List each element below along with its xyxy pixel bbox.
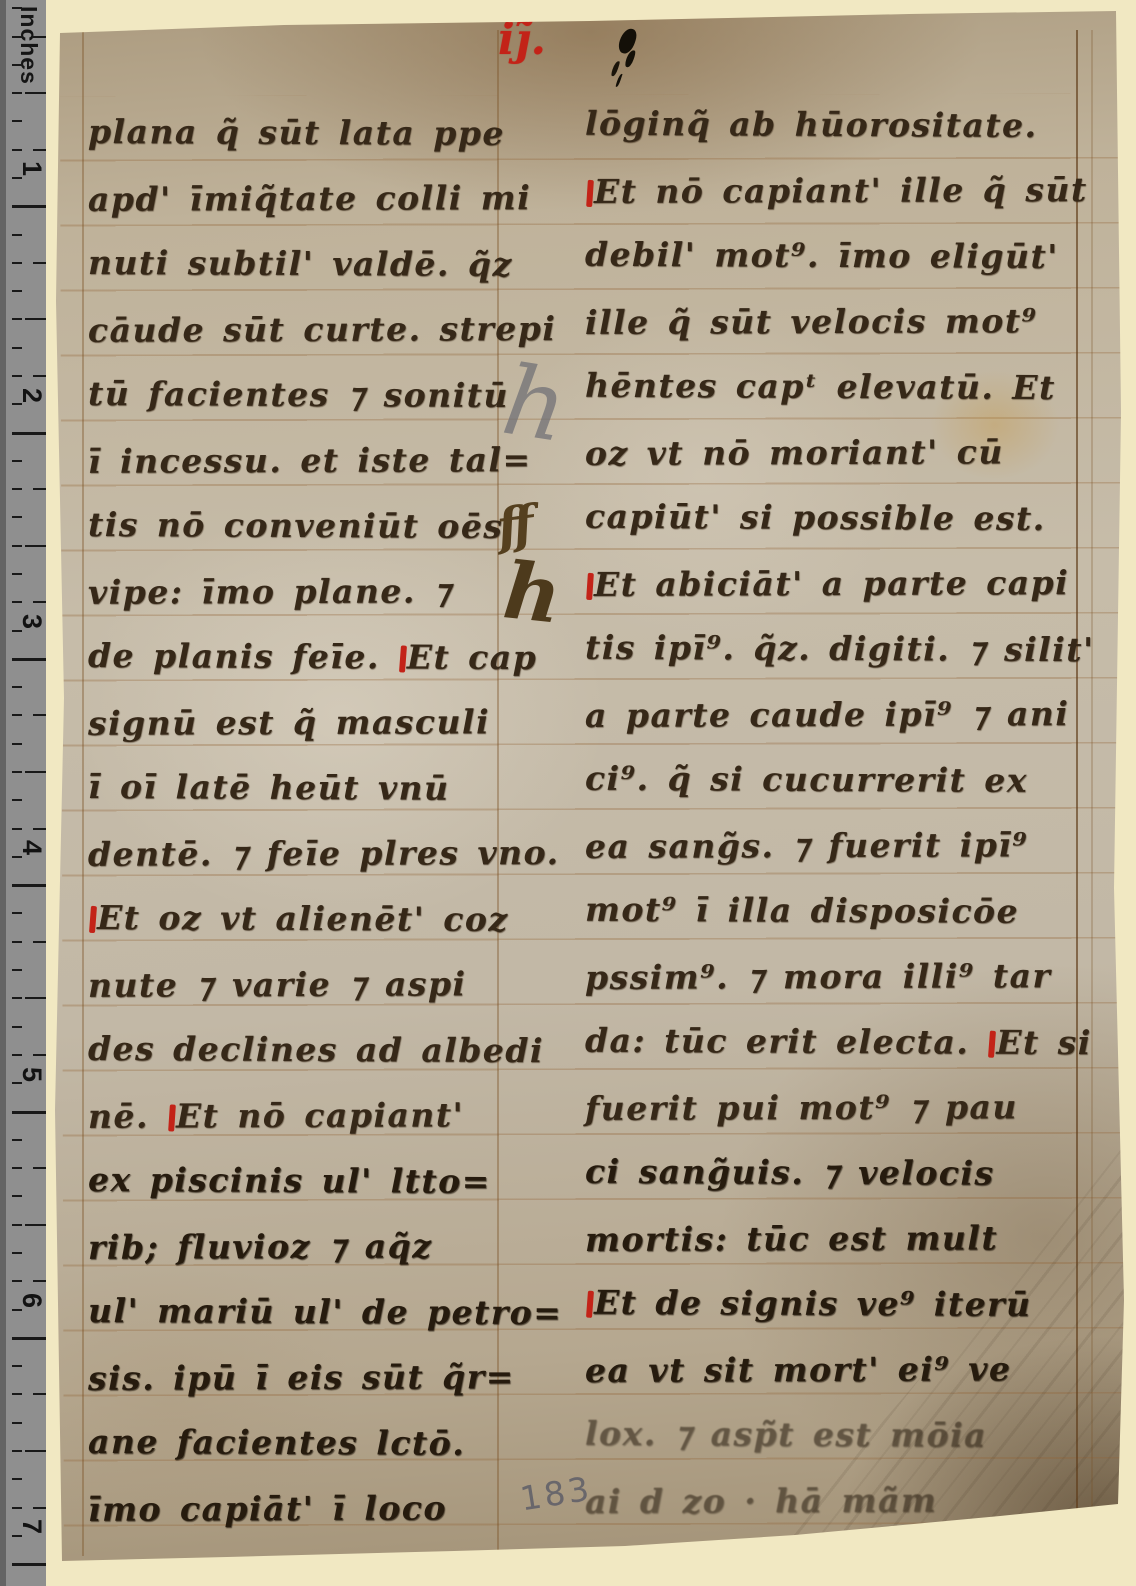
ruler-tick	[12, 1507, 22, 1509]
text-line: tū facientes ⁊ sonitū	[88, 361, 518, 429]
ruler-tick	[12, 205, 46, 208]
ruler-tick	[12, 601, 22, 603]
ruler-tick	[12, 432, 46, 435]
ruler-tick	[25, 997, 46, 999]
ruler-tick	[33, 1393, 46, 1395]
ruler-tick	[12, 347, 22, 349]
ruler-tick	[12, 941, 22, 943]
text-line: vipe: īmo plane. ⁊	[88, 558, 518, 625]
text-line: nuti subtil' valdē. q̃z	[88, 230, 518, 298]
ruler-tick	[33, 149, 46, 151]
ruler: Inches 1234567	[0, 0, 46, 1586]
ruler-tick	[12, 7, 22, 9]
ruler-tick	[12, 36, 22, 38]
ruler-tick	[12, 234, 22, 236]
rubric-mark	[89, 906, 97, 933]
ruler-tick	[12, 828, 22, 830]
text-line: capiūt' si possible est.	[585, 484, 1100, 552]
rubric-mark	[586, 1291, 594, 1318]
text-line: ea vt sit mort' ei⁹ ve	[585, 1336, 1100, 1403]
ruler-tick	[33, 1054, 46, 1056]
ruler-tick	[12, 884, 46, 887]
ruler-tick	[12, 1365, 22, 1367]
manuscript-page: ij̃. plana q̃ sūt lata ppeapd' īmiq̃tate…	[0, 0, 1136, 1586]
ruler-tick	[12, 1224, 22, 1226]
ruler-tick	[12, 1082, 22, 1084]
ruler-tick	[12, 488, 22, 490]
ruler-tick	[12, 1054, 22, 1056]
ruler-tick	[33, 375, 46, 377]
ruler-number: 4	[16, 840, 47, 855]
text-column-2: lōginq̃ ab hūorositate.Et nō capiant' il…	[585, 92, 1100, 1533]
ruler-tick	[12, 1309, 22, 1311]
ruler-tick	[12, 290, 22, 292]
ruler-tick	[33, 1167, 46, 1169]
ruler-tick	[12, 64, 22, 66]
ruler-tick	[33, 714, 46, 716]
ruler-tick	[12, 262, 22, 264]
ruler-tick	[33, 1280, 46, 1282]
ruler-tick	[12, 856, 22, 858]
ruler-number: 6	[16, 1293, 47, 1308]
ruler-tick	[33, 36, 46, 38]
ruler-tick	[12, 714, 22, 716]
ruler-tick	[12, 799, 22, 801]
ruler-tick	[12, 1535, 22, 1537]
text-line: da: tūc erit electa. Et si	[585, 1008, 1100, 1076]
ruler-tick	[25, 1450, 46, 1452]
margin-mark-h: h	[499, 545, 565, 641]
ruler-tick	[12, 1450, 22, 1452]
ruler-tick	[12, 1337, 46, 1340]
text-line: apd' īmiq̃tate colli mi	[88, 165, 518, 232]
text-line: dentē. ⁊ feīe plres vno.	[88, 820, 518, 887]
text-line: ci⁹. q̃ si cucurrerit ex	[585, 746, 1100, 814]
text-line: pssim⁹. ⁊ mora illi⁹ tar	[585, 943, 1100, 1010]
text-line: lox. ⁊ asp̃t est mōia	[585, 1401, 1100, 1469]
text-line: ī oī latē heūt vnū	[88, 754, 518, 822]
ruler-tick	[33, 1507, 46, 1509]
ruler-tick	[12, 403, 22, 405]
ruler-tick	[12, 573, 22, 575]
ruler-tick	[12, 686, 22, 688]
ruler-tick	[33, 941, 46, 943]
ruler-tick	[12, 1252, 22, 1254]
text-line: debil' mot⁹. īmo eligūt'	[585, 222, 1100, 290]
ruler-tick	[25, 1224, 46, 1226]
ruler-tick	[25, 92, 46, 94]
text-line: ille q̃ sūt velocis mot⁹	[585, 288, 1100, 355]
ruler-tick	[12, 771, 22, 773]
ruler-number: 5	[16, 1067, 47, 1082]
ruler-tick	[12, 516, 22, 518]
text-line: ea sang̃s. ⁊ fuerit ipī⁹	[585, 812, 1100, 879]
rubric-mark	[399, 645, 407, 672]
text-line: ci sang̃uis. ⁊ velocis	[585, 1139, 1100, 1207]
ruler-tick	[12, 545, 22, 547]
ruler-tick	[33, 488, 46, 490]
text-line: ane facientes lctō.	[88, 1409, 518, 1477]
text-line: rib; fluvioz ⁊ aq̃z	[88, 1213, 518, 1280]
ruling-vertical-line	[82, 30, 84, 1556]
ruler-number: 2	[16, 388, 47, 403]
ruler-tick	[12, 997, 22, 999]
text-line: cāude sūt curte. strepi	[88, 296, 518, 363]
text-line: signū est q̃ masculi	[88, 689, 518, 756]
ink-blot	[616, 26, 638, 55]
text-line: plana q̃ sūt lata ppe	[88, 99, 518, 167]
ruler-tick	[12, 912, 22, 914]
ruler-tick	[12, 1563, 46, 1566]
ruler-tick	[33, 262, 46, 264]
text-line: Et de signis ve⁹ iterū	[585, 1270, 1100, 1338]
text-line: Et abiciāt' a parte capi	[585, 550, 1100, 617]
text-line: hēntes capᵗ elevatū. Et	[585, 353, 1100, 421]
ruler-tick	[25, 545, 46, 547]
ruler-tick	[33, 828, 46, 830]
ruler-tick	[12, 658, 46, 661]
ruler-tick	[12, 120, 22, 122]
text-line: nute ⁊ varie ⁊ aspi	[88, 951, 518, 1018]
ruler-tick	[12, 149, 22, 151]
rubric-mark	[168, 1104, 176, 1131]
text-line: Et nō capiant' ille q̃ sūt	[585, 157, 1100, 224]
text-line: ul' mariū ul' de petro=	[88, 1278, 518, 1346]
ruler-number: 7	[16, 1519, 47, 1534]
ruler-tick	[12, 1167, 22, 1169]
quire-number-red: ij̃.	[498, 14, 546, 65]
text-line: mortis: tūc est mult	[585, 1205, 1100, 1272]
text-line: des declines ad albedi	[88, 1016, 518, 1084]
text-line: mot⁹ ī illa disposicōe	[585, 877, 1100, 945]
text-column-1: plana q̃ sūt lata ppeapd' īmiq̃tate coll…	[88, 100, 518, 1541]
text-line: fuerit pui mot⁹ ⁊ pau	[585, 1074, 1100, 1141]
ruler-tick	[25, 318, 46, 320]
rubric-mark	[586, 179, 594, 206]
text-line: oz vt nō moriant' cū	[585, 419, 1100, 486]
ruler-label: Inches	[15, 6, 42, 85]
ruler-tick	[12, 1478, 22, 1480]
rubric-mark	[586, 572, 594, 599]
ruler-number: 3	[16, 614, 47, 629]
ruler-tick	[12, 1026, 22, 1028]
ruler-tick	[12, 630, 22, 632]
ruler-tick	[12, 177, 22, 179]
text-line: ī incessu. et iste tal=	[88, 427, 518, 494]
text-line: Et oz vt alienēt' coz	[88, 885, 518, 953]
text-line: ai d zo · hā mãm	[585, 1467, 1100, 1534]
ruler-tick	[12, 969, 22, 971]
text-line: nē. Et nō capiant'	[88, 1082, 518, 1149]
ruler-tick	[12, 743, 22, 745]
text-line: ex piscinis ul' ltto=	[88, 1147, 518, 1215]
ruler-tick	[12, 1139, 22, 1141]
text-line: tis ipī⁹. q̃z. digiti. ⁊ silit'	[585, 615, 1100, 683]
ruler-tick	[12, 318, 22, 320]
text-line: lōginq̃ ab hūorositate.	[585, 91, 1100, 159]
text-line: sis. ipū ī eis sūt q̃r=	[88, 1344, 518, 1411]
ruler-tick	[12, 1393, 22, 1395]
ruler-tick	[33, 601, 46, 603]
text-line: tis nō conveniūt oēs	[88, 492, 518, 560]
ruler-tick	[12, 1111, 46, 1114]
ruler-tick	[12, 460, 22, 462]
text-line: īmo capiāt' ī loco	[88, 1475, 518, 1542]
ruler-tick	[12, 375, 22, 377]
ruler-number: 1	[16, 161, 47, 176]
ruler-tick	[25, 771, 46, 773]
rubric-mark	[988, 1031, 996, 1058]
ruler-tick	[12, 1195, 22, 1197]
ruler-tick	[12, 1280, 22, 1282]
ruler-tick	[12, 92, 22, 94]
text-line: de planis feīe. Et cap	[88, 623, 518, 691]
ruler-tick	[12, 1422, 22, 1424]
text-line: a parte caude ipī⁹ ⁊ ani	[585, 681, 1100, 748]
